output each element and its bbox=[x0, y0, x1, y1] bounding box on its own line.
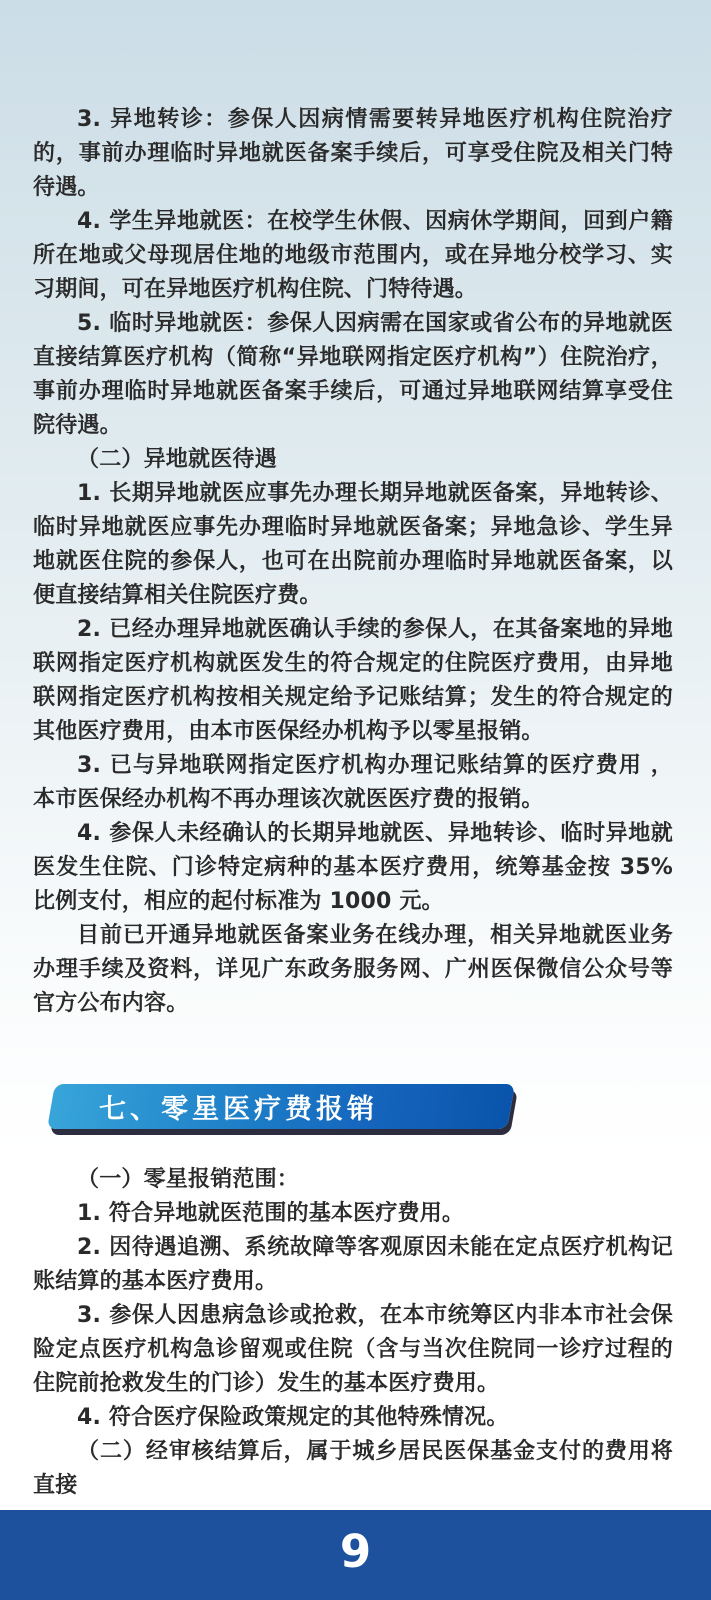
subsection-heading: （二）异地就医待遇 bbox=[33, 443, 673, 477]
paragraph: 5. 临时异地就医：参保人因病需在国家或省公布的异地就医直接结算医疗机构（简称“… bbox=[33, 307, 673, 443]
paragraph: 2. 因待遇追溯、系统故障等客观原因未能在定点医疗机构记账结算的基本医疗费用。 bbox=[33, 1231, 673, 1299]
paragraph: 4. 符合医疗保险政策规定的其他特殊情况。 bbox=[33, 1401, 673, 1435]
subsection-heading: （一）零星报销范围： bbox=[33, 1163, 673, 1197]
section-title: 七、零星医疗费报销 bbox=[51, 1087, 378, 1126]
section-title-banner: 七、零星医疗费报销 bbox=[47, 1084, 515, 1129]
document-page: { "document": { "intro_section": { "para… bbox=[0, 0, 711, 1600]
paragraph: 4. 学生异地就医：在校学生休假、因病休学期间，回到户籍所在地或父母现居住地的地… bbox=[33, 205, 673, 307]
paragraph: 2. 已经办理异地就医确认手续的参保人，在其备案地的异地联网指定医疗机构就医发生… bbox=[33, 613, 673, 749]
paragraph: 3. 已与异地联网指定医疗机构办理记账结算的医疗费用 ， 本市医保经办机构不再办… bbox=[33, 749, 673, 817]
paragraph: 1. 长期异地就医应事先办理长期异地就医备案，异地转诊、临时异地就医应事先办理临… bbox=[33, 477, 673, 613]
paragraph: （二）经审核结算后，属于城乡居民医保基金支付的费用将直接 bbox=[33, 1435, 673, 1503]
paragraph: 目前已开通异地就医备案业务在线办理，相关异地就医业务办理手续及资料，详见广东政务… bbox=[33, 919, 673, 1021]
page-footer: 9 bbox=[0, 1510, 711, 1600]
paragraph: 4. 参保人未经确认的长期异地就医、异地转诊、临时异地就医发生住院、门诊特定病种… bbox=[33, 817, 673, 919]
paragraph: 3. 异地转诊：参保人因病情需要转异地医疗机构住院治疗的，事前办理临时异地就医备… bbox=[33, 103, 673, 205]
page-number: 9 bbox=[340, 1529, 371, 1574]
paragraph: 1. 符合异地就医范围的基本医疗费用。 bbox=[33, 1197, 673, 1231]
paragraph: 3. 参保人因患病急诊或抢救，在本市统筹区内非本市社会保险定点医疗机构急诊留观或… bbox=[33, 1299, 673, 1401]
page-content: 3. 异地转诊：参保人因病情需要转异地医疗机构住院治疗的，事前办理临时异地就医备… bbox=[0, 0, 711, 1503]
